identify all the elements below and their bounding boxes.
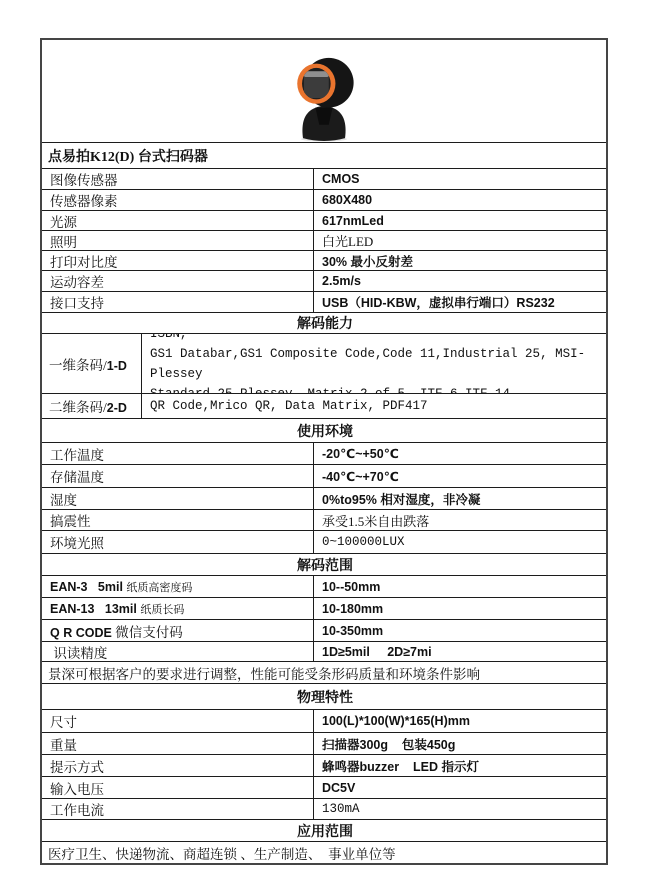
spec-value: 承受1.5米自由跌落 <box>314 510 606 530</box>
section-header-row: 使用环境 <box>42 418 606 442</box>
table-row: 运动容差2.5m/s <box>42 270 606 291</box>
spec-label: 图像传感器 <box>42 169 314 189</box>
spec-label: 输入电压 <box>42 777 314 798</box>
section-title: 解码能力 <box>42 313 606 333</box>
table-row: 景深可根据客户的要求进行调整，性能可能受条形码质量和环境条件影响 <box>42 661 606 683</box>
section-header-row: 解码能力 <box>42 312 606 333</box>
product-photo-row <box>42 40 606 142</box>
spec-value: 30% 最小反射差 <box>314 251 606 270</box>
table-row: 传感器像素680X480 <box>42 189 606 210</box>
spec-label: 照明 <box>42 231 314 250</box>
table-row: EAN-13 13mil 纸质长码10-180mm <box>42 597 606 619</box>
table-row: EAN-3 5mil 纸质高密度码10--50mm <box>42 575 606 597</box>
spec-label: 环境光照 <box>42 531 314 553</box>
table-row: 光源617nmLed <box>42 210 606 230</box>
section-header-row: 应用范围 <box>42 819 606 841</box>
spec-table: 点易拍K12(D) 台式扫码器图像传感器CMOS传感器像素680X480光源61… <box>40 38 608 865</box>
section-header-row: 物理特性 <box>42 683 606 709</box>
table-row: 二维条码/2-DQR Code,Mrico QR, Data Matrix, P… <box>42 393 606 418</box>
table-row: 搞震性承受1.5米自由跌落 <box>42 509 606 530</box>
spec-value: EAN,UPC,Code 39,Code 93,Code 128,UCC/EAN… <box>142 334 606 393</box>
spec-label: 一维条码/1-D <box>42 334 142 393</box>
spec-label: 搞震性 <box>42 510 314 530</box>
spec-value: 白光LED <box>314 231 606 250</box>
spec-value: 2.5m/s <box>314 271 606 291</box>
spec-value: 680X480 <box>314 190 606 210</box>
product-title: 点易拍K12(D) 台式扫码器 <box>42 143 606 168</box>
spec-value: 0%to95% 相对湿度，非冷凝 <box>314 488 606 509</box>
table-row: 工作温度-20℃~+50℃ <box>42 442 606 464</box>
spec-label: 二维条码/2-D <box>42 394 142 418</box>
table-row: 重量扫描器300g 包装450g <box>42 732 606 754</box>
barcode-scanner-image <box>42 54 606 142</box>
spec-value: 10-350mm <box>314 620 606 641</box>
table-row: 医疗卫生、快递物流、商超连锁 、生产制造、 事业单位等 <box>42 841 606 863</box>
note-text: 医疗卫生、快递物流、商超连锁 、生产制造、 事业单位等 <box>42 842 606 863</box>
table-row: 识读精度1D≥5mil 2D≥7mi <box>42 641 606 661</box>
section-title: 物理特性 <box>42 684 606 709</box>
spec-label: 接口支持 <box>42 292 314 312</box>
section-title: 解码范围 <box>42 554 606 575</box>
spec-value: USB（HID-KBW，虚拟串行端口）RS232 <box>314 292 606 312</box>
table-row: 存储温度-40℃~+70℃ <box>42 464 606 487</box>
table-row: 湿度0%to95% 相对湿度，非冷凝 <box>42 487 606 509</box>
spec-label: 打印对比度 <box>42 251 314 270</box>
spec-value: 1D≥5mil 2D≥7mi <box>314 642 606 661</box>
table-row: 提示方式蜂鸣器buzzer LED 指示灯 <box>42 754 606 776</box>
table-row: 照明白光LED <box>42 230 606 250</box>
spec-label: Q R CODE 微信支付码 <box>42 620 314 641</box>
spec-value: QR Code,Mrico QR, Data Matrix, PDF417 <box>142 394 606 418</box>
spec-label: 存储温度 <box>42 465 314 487</box>
table-row: 工作电流130mA <box>42 798 606 819</box>
spec-value: CMOS <box>314 169 606 189</box>
table-row: 图像传感器CMOS <box>42 168 606 189</box>
spec-label: 尺寸 <box>42 710 314 732</box>
spec-value: 0~100000LUX <box>314 531 606 553</box>
spec-value: DC5V <box>314 777 606 798</box>
barcode-scanner-icon <box>281 54 367 142</box>
spec-label: 工作温度 <box>42 443 314 464</box>
section-title: 应用范围 <box>42 820 606 841</box>
spec-value: -20℃~+50℃ <box>314 443 606 464</box>
spec-label: 工作电流 <box>42 799 314 819</box>
note-text: 景深可根据客户的要求进行调整，性能可能受条形码质量和环境条件影响 <box>42 662 606 683</box>
table-row: 打印对比度30% 最小反射差 <box>42 250 606 270</box>
table-row: Q R CODE 微信支付码10-350mm <box>42 619 606 641</box>
spec-value: 617nmLed <box>314 211 606 230</box>
spec-label: 提示方式 <box>42 755 314 776</box>
spec-label: EAN-13 13mil 纸质长码 <box>42 598 314 619</box>
spec-value: 130mA <box>314 799 606 819</box>
spec-value: 扫描器300g 包装450g <box>314 733 606 754</box>
spec-label: EAN-3 5mil 纸质高密度码 <box>42 576 314 597</box>
table-row: 一维条码/1-DEAN,UPC,Code 39,Code 93,Code 128… <box>42 333 606 393</box>
spec-label: 湿度 <box>42 488 314 509</box>
spec-value: 蜂鸣器buzzer LED 指示灯 <box>314 755 606 776</box>
table-row: 环境光照0~100000LUX <box>42 530 606 553</box>
table-row: 接口支持USB（HID-KBW，虚拟串行端口）RS232 <box>42 291 606 312</box>
spec-value: 100(L)*100(W)*165(H)mm <box>314 710 606 732</box>
spec-value: -40℃~+70℃ <box>314 465 606 487</box>
table-row: 输入电压DC5V <box>42 776 606 798</box>
spec-label: 重量 <box>42 733 314 754</box>
spec-value: 10-180mm <box>314 598 606 619</box>
spec-value: 10--50mm <box>314 576 606 597</box>
section-header-row: 解码范围 <box>42 553 606 575</box>
table-row: 尺寸100(L)*100(W)*165(H)mm <box>42 709 606 732</box>
product-title-row: 点易拍K12(D) 台式扫码器 <box>42 142 606 168</box>
spec-label: 运动容差 <box>42 271 314 291</box>
section-title: 使用环境 <box>42 419 606 442</box>
spec-label: 光源 <box>42 211 314 230</box>
spec-label: 识读精度 <box>42 642 314 661</box>
spec-label: 传感器像素 <box>42 190 314 210</box>
